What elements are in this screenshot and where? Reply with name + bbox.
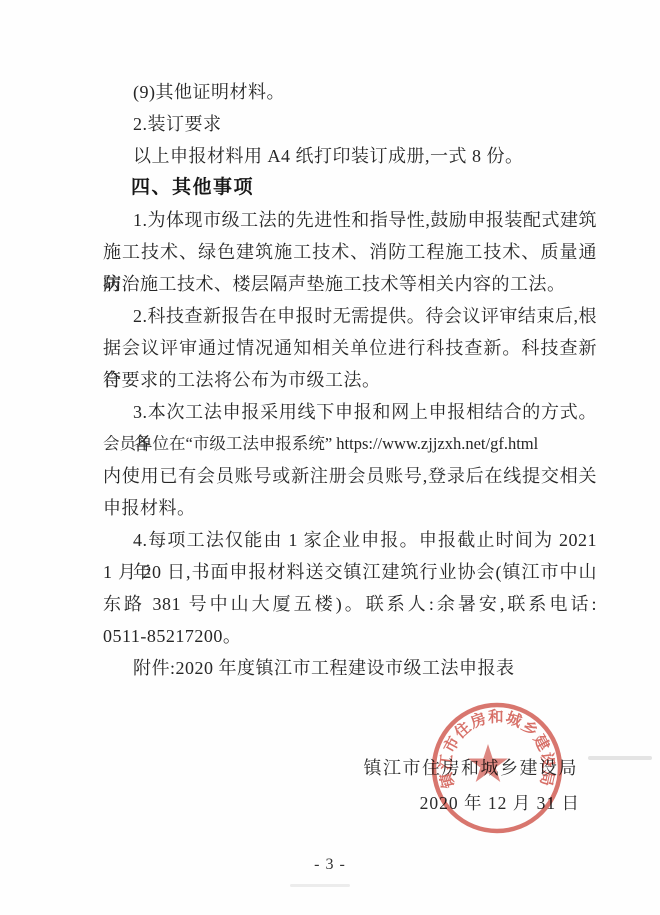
doc-line: 2.装订要求	[103, 108, 597, 140]
doc-line: 内使用已有会员账号或新注册会员账号,登录后在线提交相关	[103, 460, 597, 492]
section-heading-other-matters: 四、其他事项	[103, 172, 597, 204]
doc-line-application-url: 会员单位在“市级工法申报系统” https://www.zjjzxh.net/g…	[103, 428, 597, 460]
doc-line: 4.每项工法仅能由 1 家企业申报。申报截止时间为 2021 年	[103, 524, 597, 556]
doc-line: 1 月 20 日,书面申报材料送交镇江建筑行业协会(镇江市中山	[103, 556, 597, 588]
doc-line: 合要求的工法将公布为市级工法。	[103, 364, 597, 396]
signature-date: 2020 年 12 月 31 日	[420, 790, 580, 816]
doc-line: 3.本次工法申报采用线下申报和网上申报相结合的方式。各	[103, 396, 597, 428]
doc-line: 东路 381 号中山大厦五楼)。联系人:余暑安,联系电话:	[103, 588, 597, 620]
scan-artifact	[588, 756, 652, 760]
doc-line: (9)其他证明材料。	[103, 76, 597, 108]
doc-line: 2.科技查新报告在申报时无需提供。待会议评审结束后,根	[103, 300, 597, 332]
document-body: (9)其他证明材料。 2.装订要求 以上申报材料用 A4 纸打印装订成册,一式 …	[103, 76, 597, 684]
doc-line: 1.为体现市级工法的先进性和指导性,鼓励申报装配式建筑	[103, 204, 597, 236]
doc-line: 据会议评审通过情况通知相关单位进行科技查新。科技查新符	[103, 332, 597, 364]
doc-line-attachment: 附件:2020 年度镇江市工程建设市级工法申报表	[103, 652, 597, 684]
scan-artifact	[290, 884, 350, 887]
doc-line: 以上申报材料用 A4 纸打印装订成册,一式 8 份。	[103, 140, 597, 172]
scanned-document-page: (9)其他证明材料。 2.装订要求 以上申报材料用 A4 纸打印装订成册,一式 …	[0, 0, 660, 915]
doc-line: 施工技术、绿色建筑施工技术、消防工程施工技术、质量通病	[103, 236, 597, 268]
signature-org: 镇江市住房和城乡建设局	[364, 755, 579, 781]
doc-line-contact-phone: 0511-85217200。	[103, 620, 597, 652]
doc-line: 防治施工技术、楼层隔声垫施工技术等相关内容的工法。	[103, 268, 597, 300]
doc-line: 申报材料。	[103, 492, 597, 524]
page-number: - 3 -	[0, 856, 660, 874]
